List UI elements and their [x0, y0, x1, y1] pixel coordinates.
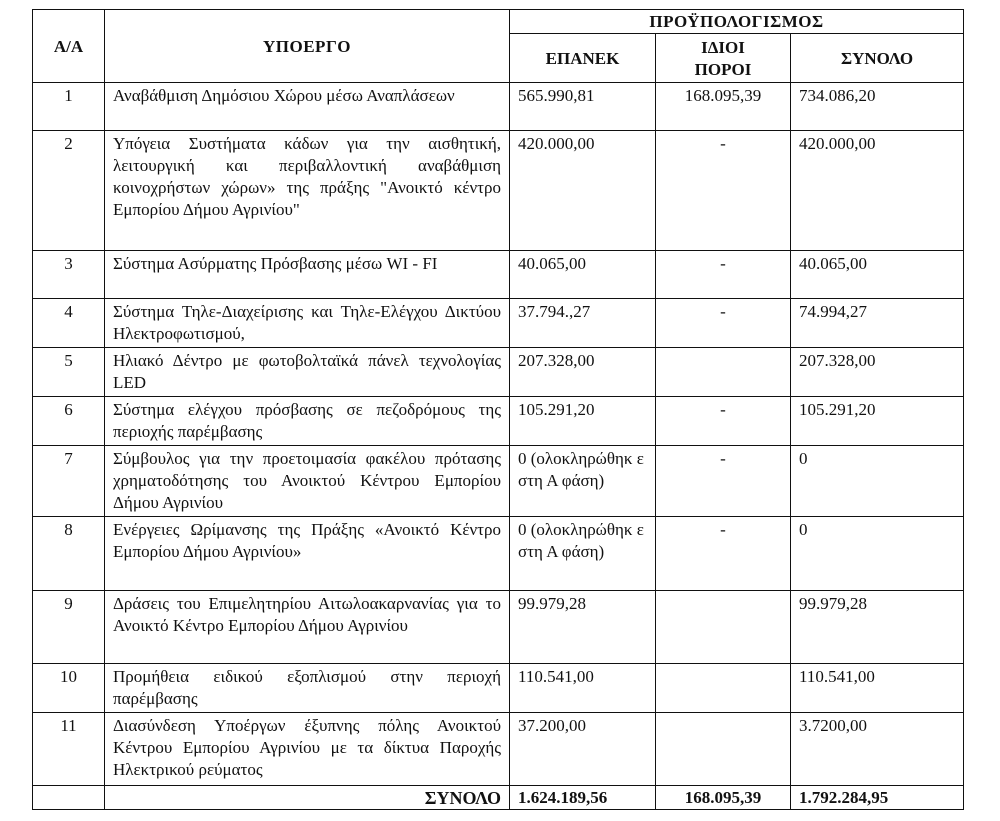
subproject-description: Ηλιακό Δέντρο με φωτοβολταϊκά πάνελ τεχν…	[105, 348, 510, 397]
total-amount: 420.000,00	[791, 131, 964, 251]
own-resources-amount	[656, 713, 791, 786]
total-amount: 105.291,20	[791, 397, 964, 446]
total-amount: 40.065,00	[791, 251, 964, 299]
budget-table: Α/Α ΥΠΟΕΡΓΟ ΠΡΟΫΠΟΛΟΓΙΣΜΟΣ ΕΠΑΝΕΚ ΙΔΙΟΙ …	[32, 9, 964, 810]
total-amount: 110.541,00	[791, 664, 964, 713]
header-subproject: ΥΠΟΕΡΓΟ	[105, 10, 510, 83]
epanek-amount: 99.979,28	[510, 591, 656, 664]
table-row: 4Σύστημα Τηλε-Διαχείρισης και Τηλε-Ελέγχ…	[33, 299, 964, 348]
total-amount: 0	[791, 446, 964, 517]
totals-aa-empty	[33, 786, 105, 810]
table-row: 11Διασύνδεση Υποέργων έξυπνης πόλης Ανοι…	[33, 713, 964, 786]
subproject-description: Σύστημα Τηλε-Διαχείρισης και Τηλε-Ελέγχο…	[105, 299, 510, 348]
subproject-description: Διασύνδεση Υποέργων έξυπνης πόλης Ανοικτ…	[105, 713, 510, 786]
own-resources-amount: -	[656, 517, 791, 591]
subproject-description: Σύστημα Ασύρματης Πρόσβασης μέσω WI - FI	[105, 251, 510, 299]
header-epanek: ΕΠΑΝΕΚ	[510, 34, 656, 83]
own-resources-amount	[656, 591, 791, 664]
row-number: 8	[33, 517, 105, 591]
table-row: 8Ενέργειες Ωρίμανσης της Πράξης «Ανοικτό…	[33, 517, 964, 591]
totals-row: ΣΥΝΟΛΟ 1.624.189,56 168.095,39 1.792.284…	[33, 786, 964, 810]
own-resources-amount: 168.095,39	[656, 83, 791, 131]
epanek-amount: 110.541,00	[510, 664, 656, 713]
epanek-amount: 37.200,00	[510, 713, 656, 786]
totals-own: 168.095,39	[656, 786, 791, 810]
row-number: 9	[33, 591, 105, 664]
total-amount: 734.086,20	[791, 83, 964, 131]
subproject-description: Δράσεις του Επιμελητηρίου Αιτωλοακαρνανί…	[105, 591, 510, 664]
table-row: 6Σύστημα ελέγχου πρόσβασης σε πεζοδρόμου…	[33, 397, 964, 446]
table-row: 3Σύστημα Ασύρματης Πρόσβασης μέσω WI - F…	[33, 251, 964, 299]
own-resources-amount: -	[656, 299, 791, 348]
total-amount: 0	[791, 517, 964, 591]
header-aa: Α/Α	[33, 10, 105, 83]
table-row: 9Δράσεις του Επιμελητηρίου Αιτωλοακαρναν…	[33, 591, 964, 664]
header-own-resources-line1: ΙΔΙΟΙ	[701, 38, 745, 57]
subproject-description: Σύστημα ελέγχου πρόσβασης σε πεζοδρόμους…	[105, 397, 510, 446]
header-total: ΣΥΝΟΛΟ	[791, 34, 964, 83]
epanek-amount: 207.328,00	[510, 348, 656, 397]
subproject-description: Προμήθεια ειδικού εξοπλισμού στην περιοχ…	[105, 664, 510, 713]
totals-label: ΣΥΝΟΛΟ	[105, 786, 510, 810]
subproject-description: Υπόγεια Συστήματα κάδων για την αισθητικ…	[105, 131, 510, 251]
own-resources-amount: -	[656, 131, 791, 251]
total-amount: 74.994,27	[791, 299, 964, 348]
subproject-description: Αναβάθμιση Δημόσιου Χώρου μέσω Αναπλάσεω…	[105, 83, 510, 131]
own-resources-amount: -	[656, 397, 791, 446]
header-own-resources: ΙΔΙΟΙ ΠΟΡΟΙ	[656, 34, 791, 83]
totals-epanek: 1.624.189,56	[510, 786, 656, 810]
row-number: 4	[33, 299, 105, 348]
table-row: 10Προμήθεια ειδικού εξοπλισμού στην περι…	[33, 664, 964, 713]
epanek-amount: 105.291,20	[510, 397, 656, 446]
own-resources-amount: -	[656, 251, 791, 299]
total-amount: 207.328,00	[791, 348, 964, 397]
epanek-amount: 420.000,00	[510, 131, 656, 251]
table-row: 5Ηλιακό Δέντρο με φωτοβολταϊκά πάνελ τεχ…	[33, 348, 964, 397]
table-row: 1Αναβάθμιση Δημόσιου Χώρου μέσω Αναπλάσε…	[33, 83, 964, 131]
header-own-resources-line2: ΠΟΡΟΙ	[695, 60, 752, 79]
row-number: 1	[33, 83, 105, 131]
row-number: 6	[33, 397, 105, 446]
row-number: 11	[33, 713, 105, 786]
total-amount: 99.979,28	[791, 591, 964, 664]
own-resources-amount	[656, 348, 791, 397]
row-number: 5	[33, 348, 105, 397]
epanek-amount: 0 (ολοκληρώθηκ ε στη Α φάση)	[510, 517, 656, 591]
epanek-amount: 565.990,81	[510, 83, 656, 131]
table-row: 7Σύμβουλος για την προετοιμασία φακέλου …	[33, 446, 964, 517]
row-number: 2	[33, 131, 105, 251]
subproject-description: Ενέργειες Ωρίμανσης της Πράξης «Ανοικτό …	[105, 517, 510, 591]
row-number: 7	[33, 446, 105, 517]
header-budget: ΠΡΟΫΠΟΛΟΓΙΣΜΟΣ	[510, 10, 964, 34]
epanek-amount: 37.794.,27	[510, 299, 656, 348]
subproject-description: Σύμβουλος για την προετοιμασία φακέλου π…	[105, 446, 510, 517]
own-resources-amount	[656, 664, 791, 713]
row-number: 10	[33, 664, 105, 713]
total-amount: 3.7200,00	[791, 713, 964, 786]
table-row: 2Υπόγεια Συστήματα κάδων για την αισθητι…	[33, 131, 964, 251]
row-number: 3	[33, 251, 105, 299]
epanek-amount: 40.065,00	[510, 251, 656, 299]
totals-total: 1.792.284,95	[791, 786, 964, 810]
epanek-amount: 0 (ολοκληρώθηκ ε στη Α φάση)	[510, 446, 656, 517]
own-resources-amount: -	[656, 446, 791, 517]
